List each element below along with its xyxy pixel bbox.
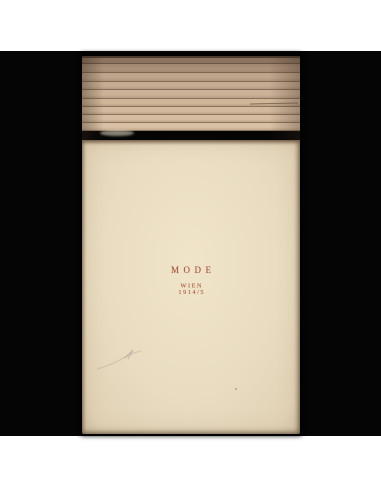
portfolio-stack: MODE WIEN 1914/5 xyxy=(82,56,300,433)
cover-subtitle: WIEN 1914/5 xyxy=(106,283,276,295)
cover-title: MODE xyxy=(82,265,300,275)
sheet-edge xyxy=(82,64,300,73)
sheet-edge xyxy=(82,107,300,115)
portfolio-front-cover: MODE WIEN 1914/5 xyxy=(82,140,300,434)
cover-years: 1914/5 xyxy=(108,289,276,295)
cover-title-block: MODE WIEN 1914/5 xyxy=(82,265,300,299)
pencil-smudge xyxy=(95,347,151,373)
sheet-edge xyxy=(82,82,300,90)
photo-background: MODE WIEN 1914/5 xyxy=(0,51,381,436)
page: { "page": { "background": "#ffffff" }, "… xyxy=(0,0,381,492)
sheet-edge xyxy=(82,90,300,99)
sheet-edge xyxy=(82,56,300,64)
paper-highlight xyxy=(100,130,134,136)
sheet-edge xyxy=(82,73,300,82)
fanned-sheet-edges xyxy=(82,56,300,140)
paper-speck xyxy=(235,388,237,390)
sheet-edge xyxy=(82,115,300,123)
